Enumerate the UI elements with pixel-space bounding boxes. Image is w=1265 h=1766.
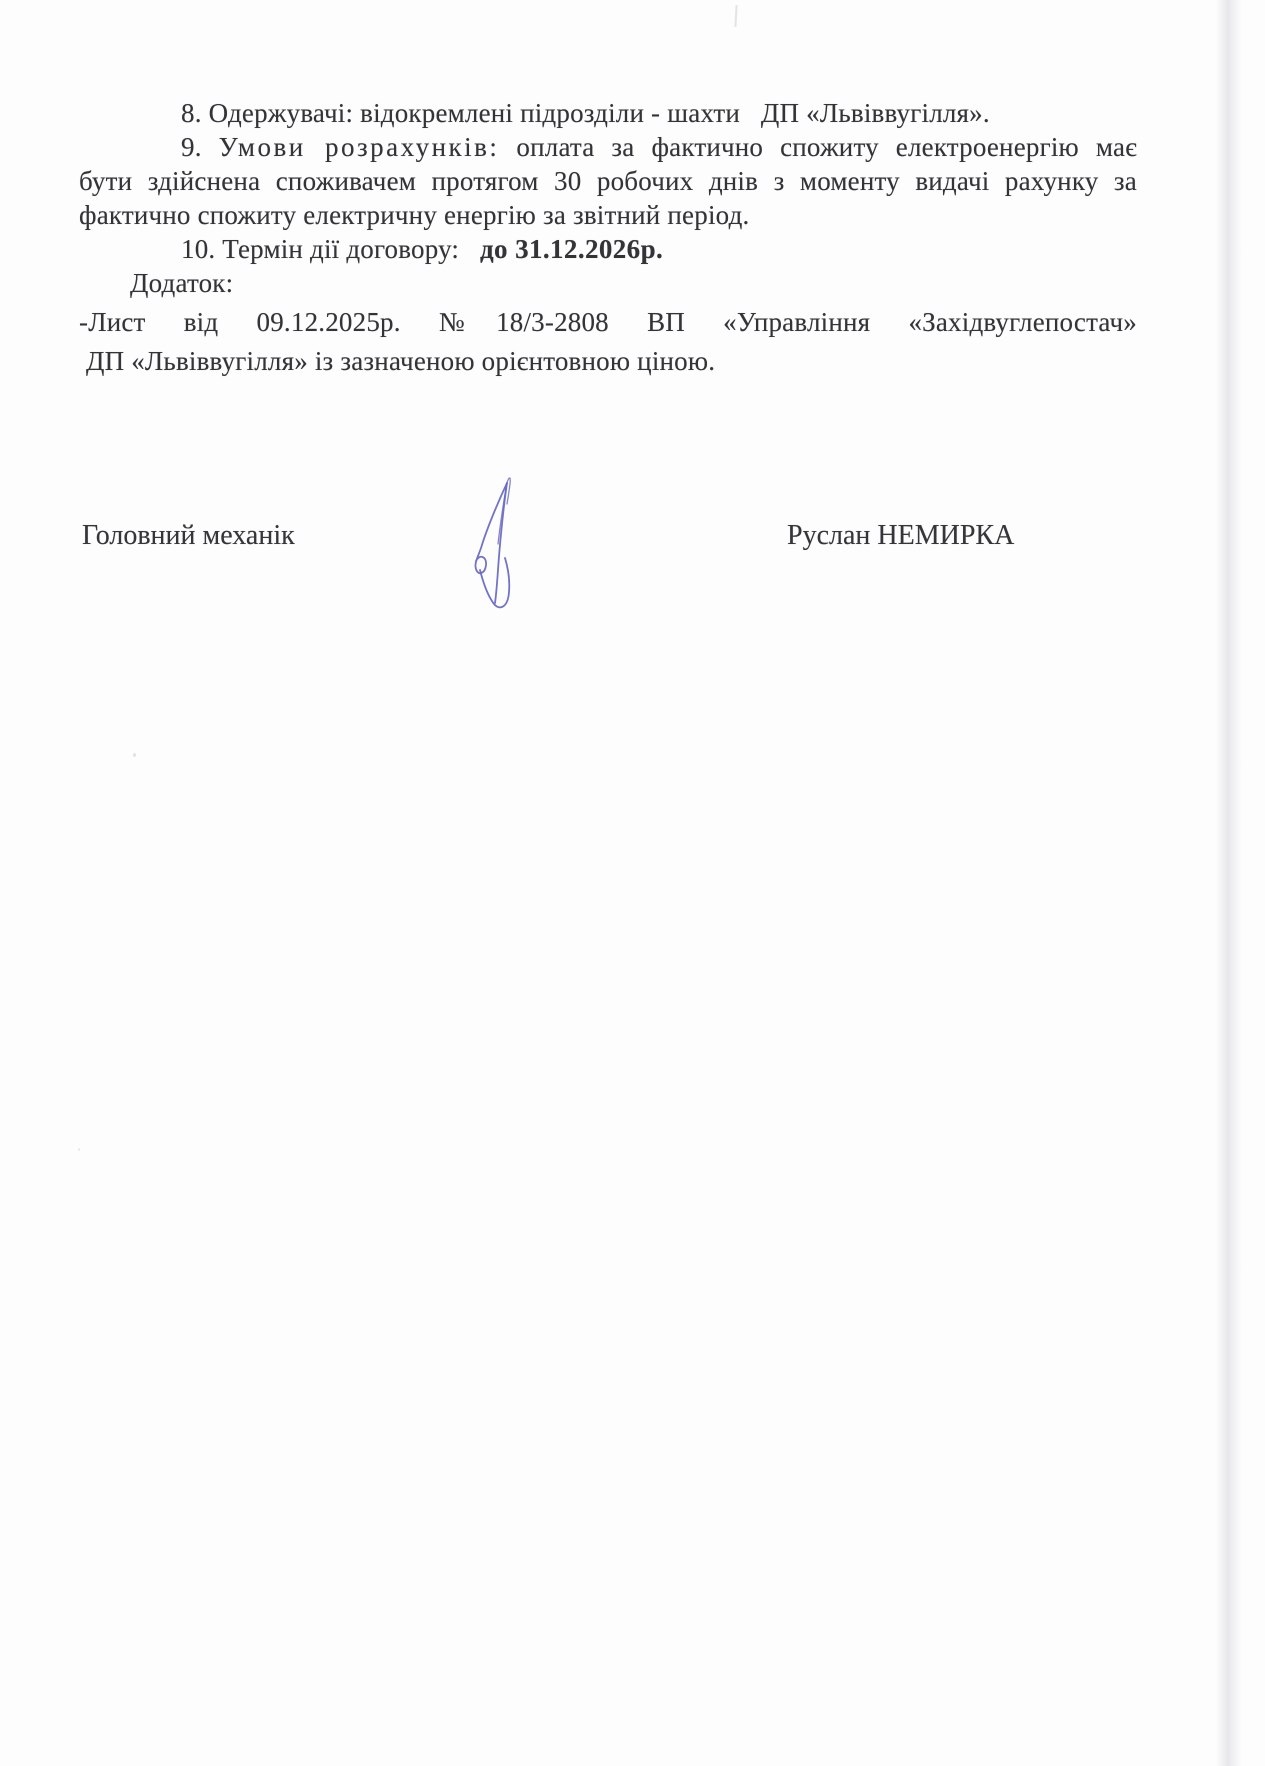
clause-8: 8. Одержувачі: відокремлені підрозділи -… xyxy=(79,96,1137,130)
clause-9-line-3-text: фактично спожиту електричну енергію за з… xyxy=(79,200,749,230)
clause-9-text: оплата за фактично спожиту електроенергі… xyxy=(499,132,1137,162)
signatory-name: Руслан НЕМИРКА xyxy=(787,519,1014,553)
clause-9-line-2-text: бути здійснена споживачем протягом 30 ро… xyxy=(79,166,1137,196)
contract-text-block: 8. Одержувачі: відокремлені підрозділи -… xyxy=(0,96,1265,378)
attachment-line-2: ДП «Львіввугілля» із зазначеною орієнтов… xyxy=(79,344,1137,378)
scan-artifact xyxy=(78,1148,80,1151)
scan-artifact xyxy=(734,5,737,27)
contract-expiry-date: до 31.12.2026р. xyxy=(480,234,663,264)
attachment-line-1: -Лист від 09.12.2025р. №18/3-2808 ВП «Уп… xyxy=(79,305,1137,339)
signatory-role: Головний механік xyxy=(82,519,295,553)
clause-9-line-1: 9. Умови розрахунків: оплата за фактично… xyxy=(79,130,1137,164)
attachment-line-1-text: -Лист від 09.12.2025р. №18/3-2808 ВП «Уп… xyxy=(79,307,1137,337)
clause-10-label: 10. Термін дії договору: xyxy=(181,234,480,264)
addendum-heading-text: Додаток: xyxy=(130,268,233,298)
addendum-heading: Додаток: xyxy=(79,266,1137,300)
clause-9-heading: Умови розрахунків: xyxy=(219,132,500,162)
clause-8-text: 8. Одержувачі: відокремлені підрозділи -… xyxy=(181,98,990,128)
clause-9-number: 9. xyxy=(181,132,219,162)
clause-10: 10. Термін дії договору: до 31.12.2026р. xyxy=(79,232,1137,266)
clause-9-line-2: бути здійснена споживачем протягом 30 ро… xyxy=(79,164,1137,198)
scan-artifact xyxy=(133,753,136,757)
attachment-line-2-text: ДП «Львіввугілля» із зазначеною орієнтов… xyxy=(79,346,715,376)
scanned-contract-page: 8. Одержувачі: відокремлені підрозділи -… xyxy=(0,0,1265,1766)
clause-9-line-3: фактично спожиту електричну енергію за з… xyxy=(79,198,1137,232)
handwritten-signature xyxy=(450,468,550,618)
